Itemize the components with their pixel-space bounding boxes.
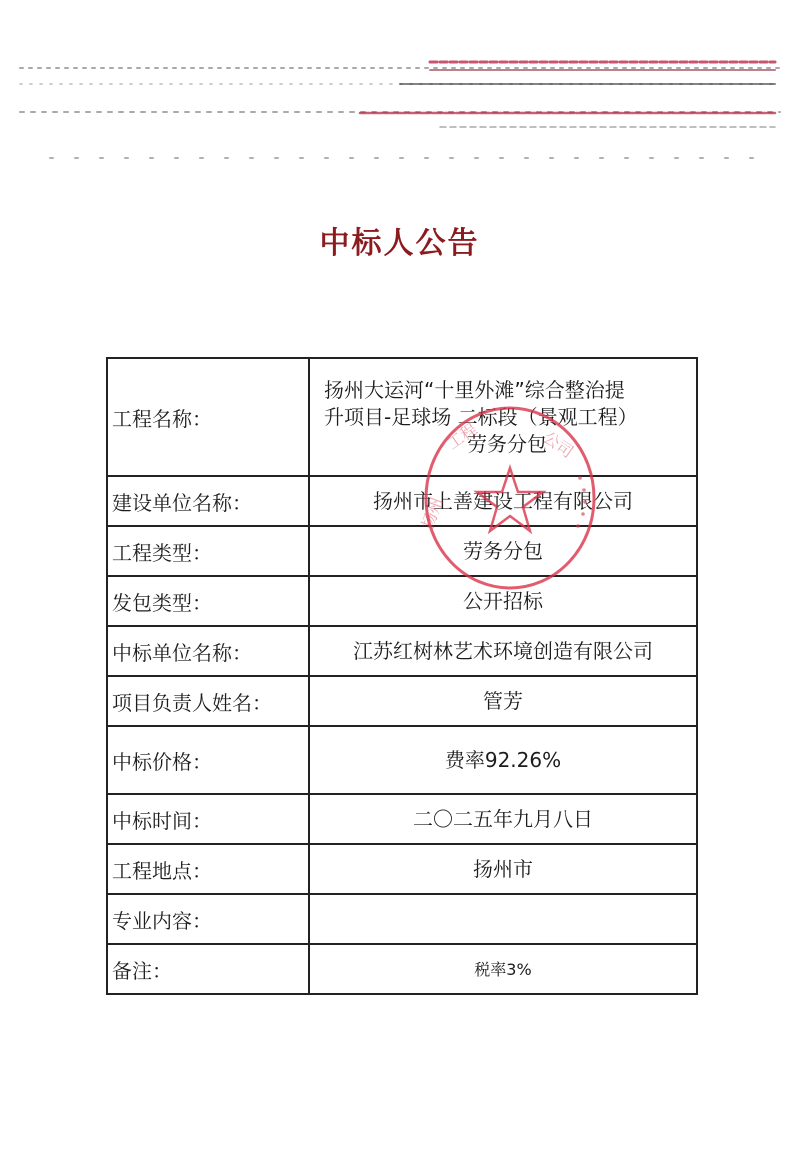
table-row: 建设单位名称： 扬州市上善建设工程有限公司 — [107, 476, 697, 526]
row-label: 发包类型： — [107, 576, 309, 626]
row-value: 管芳 — [309, 676, 697, 726]
row-value: 二〇二五年九月八日 — [309, 794, 697, 844]
row-label: 中标价格： — [107, 726, 309, 794]
row-label: 工程名称： — [107, 358, 309, 476]
row-label: 中标时间： — [107, 794, 309, 844]
redacted-header-text — [0, 0, 799, 180]
row-label: 中标单位名称： — [107, 626, 309, 676]
row-label: 备注： — [107, 944, 309, 994]
table-row: 中标单位名称： 江苏红树林艺术环境创造有限公司 — [107, 626, 697, 676]
value-line: 升项目-足球场 二标段（景观工程） — [324, 404, 690, 431]
row-label: 建设单位名称： — [107, 476, 309, 526]
row-value: 费率92.26% — [309, 726, 697, 794]
table-row: 备注： 税率3% — [107, 944, 697, 994]
announcement-table: 工程名称： 扬州大运河“十里外滩”综合整治提 升项目-足球场 二标段（景观工程）… — [106, 357, 698, 995]
row-label: 项目负责人姓名： — [107, 676, 309, 726]
table-row: 工程地点： 扬州市 — [107, 844, 697, 894]
row-value: 劳务分包 — [309, 526, 697, 576]
table-row: 项目负责人姓名： 管芳 — [107, 676, 697, 726]
row-value — [309, 894, 697, 944]
table-row: 中标时间： 二〇二五年九月八日 — [107, 794, 697, 844]
row-label: 工程类型： — [107, 526, 309, 576]
table-row: 工程名称： 扬州大运河“十里外滩”综合整治提 升项目-足球场 二标段（景观工程）… — [107, 358, 697, 476]
row-label: 工程地点： — [107, 844, 309, 894]
page-title: 中标人公告 — [0, 218, 799, 262]
value-line: 劳务分包 — [324, 431, 690, 458]
project-name-value: 扬州大运河“十里外滩”综合整治提 升项目-足球场 二标段（景观工程） 劳务分包 — [309, 358, 697, 476]
table-row: 工程类型： 劳务分包 — [107, 526, 697, 576]
row-value: 公开招标 — [309, 576, 697, 626]
table-row: 发包类型： 公开招标 — [107, 576, 697, 626]
row-value: 江苏红树林艺术环境创造有限公司 — [309, 626, 697, 676]
row-value: 扬州市上善建设工程有限公司 — [309, 476, 697, 526]
table-row: 中标价格： 费率92.26% — [107, 726, 697, 794]
value-line: 扬州大运河“十里外滩”综合整治提 — [324, 377, 690, 404]
row-value: 扬州市 — [309, 844, 697, 894]
table-row: 专业内容： — [107, 894, 697, 944]
row-label: 专业内容： — [107, 894, 309, 944]
row-value: 税率3% — [309, 944, 697, 994]
